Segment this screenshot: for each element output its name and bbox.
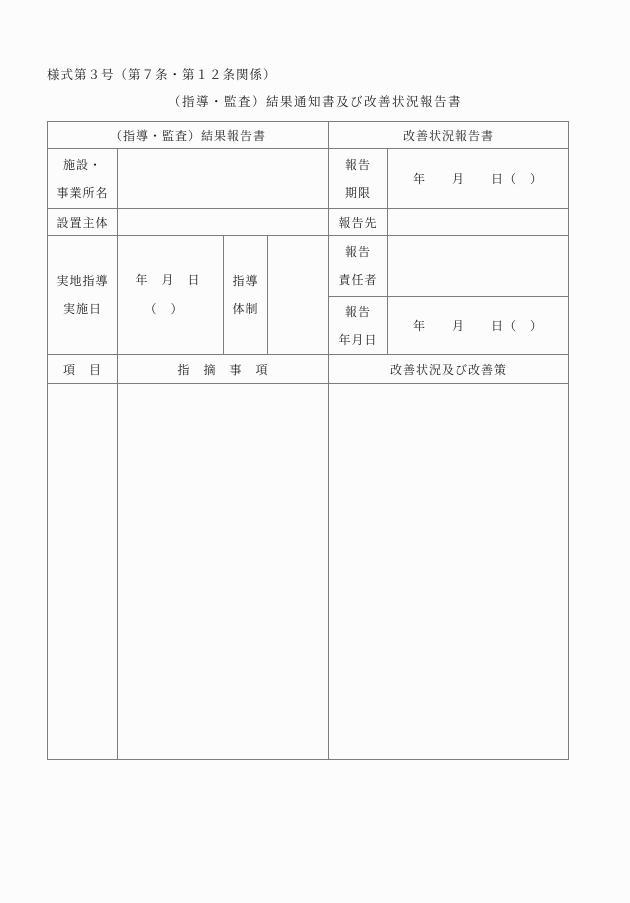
item-column-header: 項 目 xyxy=(48,355,118,384)
report-manager-value-cell xyxy=(388,236,569,297)
guidance-system-label: 指導 体制 xyxy=(224,236,268,355)
onsite-guidance-date-line1: 年 月 日 xyxy=(118,266,223,295)
right-section-header: 改善状況報告書 xyxy=(329,122,569,149)
report-deadline-label: 報告 期限 xyxy=(329,149,388,209)
facility-name-value-cell xyxy=(118,149,329,209)
document-title: （指導・監査）結果通知書及び改善状況報告書 xyxy=(0,92,630,110)
guidance-system-value-cell xyxy=(268,236,329,355)
report-to-value-cell xyxy=(388,209,569,236)
report-deadline-label-line2: 期限 xyxy=(329,179,387,207)
report-manager-label-line2: 責任者 xyxy=(329,266,387,294)
onsite-guidance-date-label: 実地指導 実施日 xyxy=(48,236,118,355)
report-date-label-line1: 報告 xyxy=(329,298,387,326)
report-manager-label: 報告 責任者 xyxy=(329,236,388,297)
report-date-label: 報告 年月日 xyxy=(329,297,388,355)
onsite-guidance-date-label-line1: 実地指導 xyxy=(48,267,117,295)
report-form-table: （指導・監査）結果報告書 改善状況報告書 施設・ 事業所名 報告 期限 年 月 … xyxy=(47,121,569,760)
facility-name-label-line2: 事業所名 xyxy=(48,179,117,207)
left-section-header: （指導・監査）結果報告書 xyxy=(48,122,329,149)
guidance-system-label-line2: 体制 xyxy=(224,295,267,323)
onsite-guidance-date-cell: 年 月 日 （ ） xyxy=(118,236,224,355)
findings-entry-cell xyxy=(118,384,329,760)
report-deadline-label-line1: 報告 xyxy=(329,151,387,179)
onsite-guidance-date-label-line2: 実施日 xyxy=(48,295,117,323)
guidance-system-label-line1: 指導 xyxy=(224,267,267,295)
establisher-label: 設置主体 xyxy=(48,209,118,236)
report-date-label-line2: 年月日 xyxy=(329,326,387,354)
form-number: 様式第３号（第７条・第１２条関係） xyxy=(47,65,277,83)
improvement-entry-cell xyxy=(329,384,569,760)
onsite-guidance-date-line2: （ ） xyxy=(118,295,223,324)
document-page: 様式第３号（第７条・第１２条関係） （指導・監査）結果通知書及び改善状況報告書 … xyxy=(0,0,630,903)
report-deadline-date-cell: 年 月 日（ ） xyxy=(388,149,569,209)
facility-name-label-line1: 施設・ xyxy=(48,151,117,179)
report-date-value-cell: 年 月 日（ ） xyxy=(388,297,569,355)
improvement-column-header: 改善状況及び改善策 xyxy=(329,355,569,384)
item-entry-cell xyxy=(48,384,118,760)
report-manager-label-line1: 報告 xyxy=(329,238,387,266)
findings-column-header: 指 摘 事 項 xyxy=(118,355,329,384)
establisher-value-cell xyxy=(118,209,329,236)
report-to-label: 報告先 xyxy=(329,209,388,236)
facility-name-label: 施設・ 事業所名 xyxy=(48,149,118,209)
